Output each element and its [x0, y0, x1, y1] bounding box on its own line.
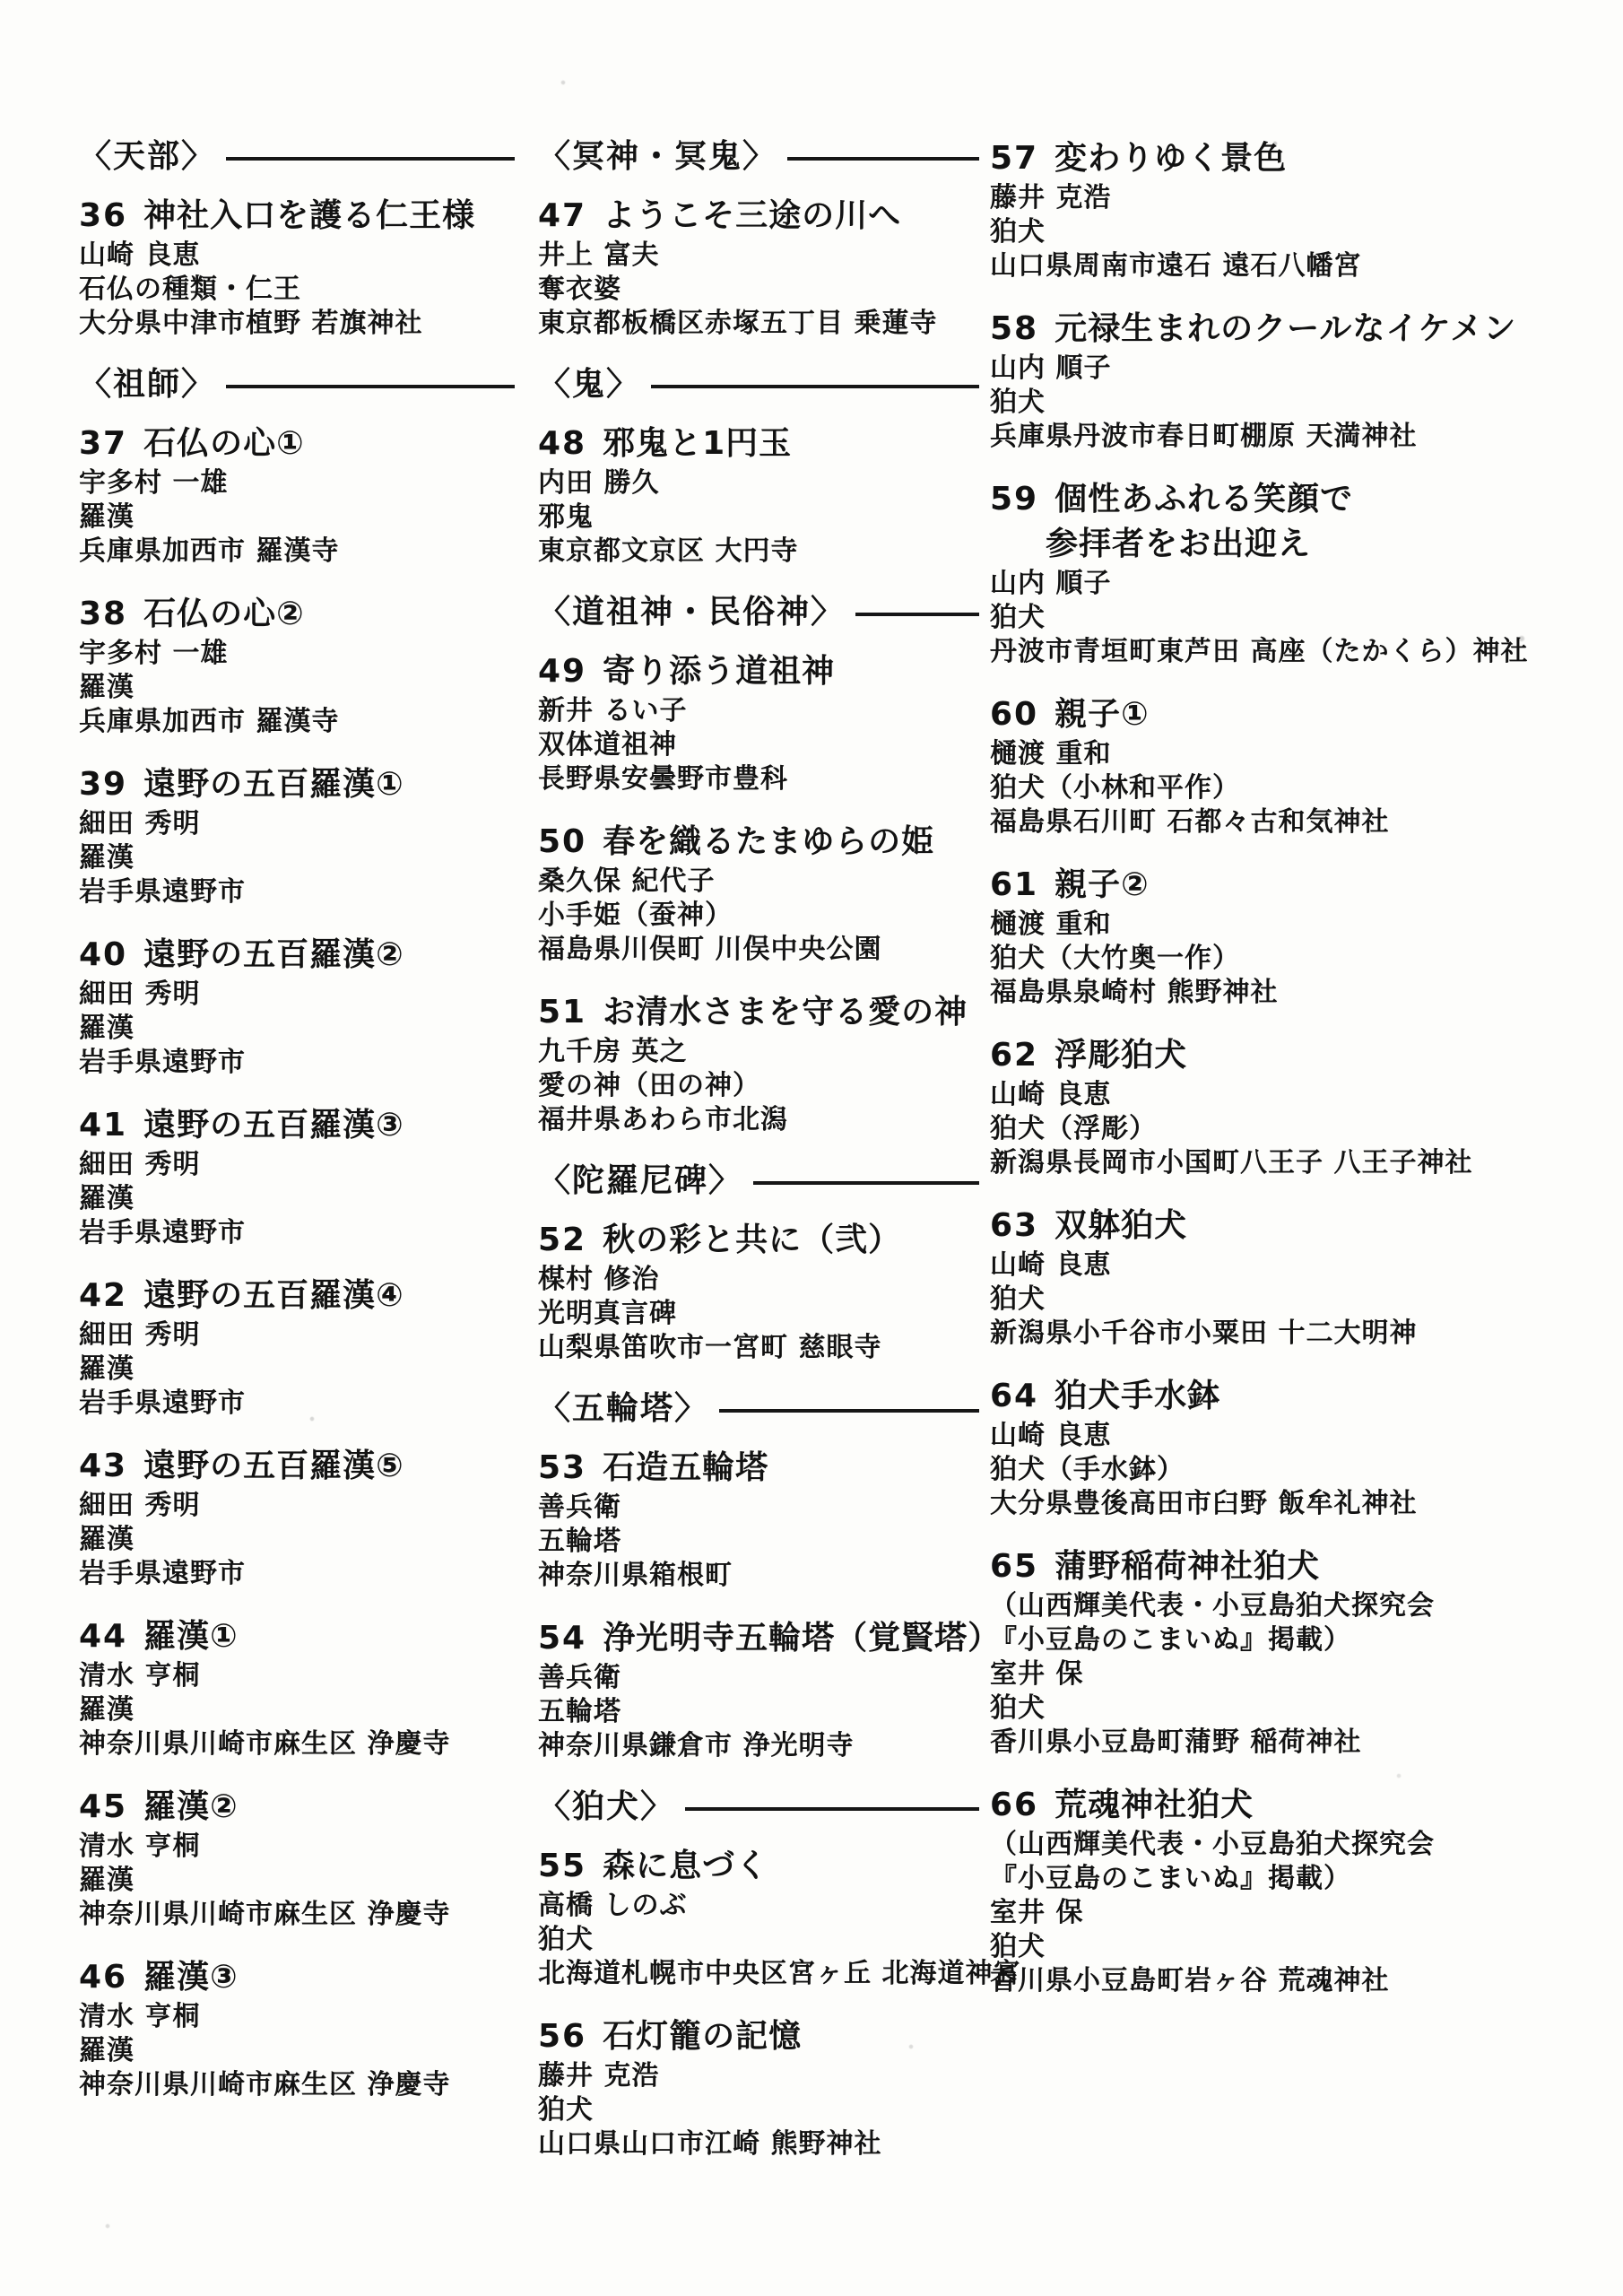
- entry-61: 61親子②樋渡 重和狛犬（大竹奥一作）福島県泉崎村 熊野神社: [990, 863, 1589, 1010]
- entry-number: 50: [538, 820, 586, 865]
- entry-number: 59: [990, 477, 1038, 522]
- entry-45: 45羅漢②清水 亨桐羅漢神奈川県川崎市麻生区 浄慶寺: [79, 1785, 515, 1932]
- entry-title-line: 45羅漢②: [79, 1785, 515, 1830]
- entry-53: 53石造五輪塔善兵衛五輪塔神奈川県箱根町: [538, 1446, 979, 1593]
- entry-title-line: 43遠野の五百羅漢⑤: [79, 1444, 515, 1489]
- entry-41: 41遠野の五百羅漢③細田 秀明羅漢岩手県遠野市: [79, 1103, 515, 1250]
- entry-author-line: 宇多村 一雄: [79, 637, 515, 671]
- entry-title-line: 61親子②: [990, 863, 1589, 908]
- entry-location-line: 山口県周南市遠石 遠石八幡宮: [990, 249, 1589, 283]
- entry-59: 59個性あふれる笑顔で参拝者をお出迎え山内 順子狛犬丹波市青垣町東芦田 高座（た…: [990, 477, 1589, 669]
- entry-title: 参拝者をお出迎え: [1046, 526, 1311, 562]
- entry-title-line: 59個性あふれる笑顔で: [990, 477, 1589, 522]
- entry-title: 蒲野稲荷神社狛犬: [1055, 1548, 1320, 1585]
- entry-39: 39遠野の五百羅漢①細田 秀明羅漢岩手県遠野市: [79, 762, 515, 909]
- entry-number: 51: [538, 990, 586, 1035]
- entry-author-line: 山崎 良恵: [990, 1078, 1589, 1112]
- entry-title-line: 58元禄生まれのクールなイケメン: [990, 307, 1589, 352]
- entry-author-line: 新井 るい子: [538, 694, 979, 728]
- entry-author-line: 高橋 しのぶ: [538, 1889, 979, 1923]
- entry-author-line: 山崎 良恵: [990, 1248, 1589, 1283]
- entry-subject-line: 光明真言碑: [538, 1297, 979, 1331]
- entry-title: 遠野の五百羅漢②: [143, 936, 404, 973]
- entry-number: 40: [79, 933, 127, 978]
- entry-location-line: 丹波市青垣町東芦田 高座（たかくら）神社: [990, 635, 1589, 669]
- entry-author-line: 楳村 修治: [538, 1263, 979, 1297]
- entry-title-line: 47ようこそ三途の川へ: [538, 194, 979, 239]
- entry-number: 66: [990, 1783, 1038, 1828]
- entry-title-line: 39遠野の五百羅漢①: [79, 762, 515, 807]
- entry-number: 53: [538, 1446, 586, 1491]
- entry-author-line: 清水 亨桐: [79, 1659, 515, 1693]
- entry-author-line: 善兵衛: [538, 1491, 979, 1525]
- entry-location-line: 神奈川県箱根町: [538, 1559, 979, 1593]
- entry-location-line: 兵庫県丹波市春日町棚原 天満神社: [990, 420, 1589, 454]
- entry-title-line: 66荒魂神社狛犬: [990, 1783, 1589, 1828]
- entry-author-line: 清水 亨桐: [79, 2000, 515, 2034]
- entry-number: 36: [79, 194, 127, 239]
- column-3: 57変わりゆく景色藤井 克浩狛犬山口県周南市遠石 遠石八幡宮58元禄生まれのクー…: [990, 0, 1589, 2022]
- section-rule-line: [651, 385, 979, 388]
- entry-location-line: 新潟県長岡市小国町八王子 八王子神社: [990, 1146, 1589, 1180]
- entry-title: 変わりゆく景色: [1055, 140, 1287, 177]
- entry-number: 46: [79, 1955, 127, 2000]
- entry-subject-line: 羅漢: [79, 1182, 515, 1216]
- entry-number: 49: [538, 649, 586, 694]
- entry-55: 55森に息づく高橋 しのぶ狛犬北海道札幌市中央区宮ヶ丘 北海道神宮: [538, 1844, 979, 1991]
- entry-location-line: 兵庫県加西市 羅漢寺: [79, 535, 515, 569]
- entry-number: 52: [538, 1218, 586, 1263]
- entry-author-line: 宇多村 一雄: [79, 466, 515, 500]
- entry-title-continuation: 参拝者をお出迎え: [990, 522, 1589, 567]
- entry-title-line: 49寄り添う道祖神: [538, 649, 979, 694]
- entry-54: 54浄光明寺五輪塔（覚賢塔）善兵衛五輪塔神奈川県鎌倉市 浄光明寺: [538, 1616, 979, 1763]
- entry-subject-line: 狛犬: [990, 1692, 1589, 1726]
- entry-51: 51お清水さまを守る愛の神九千房 英之愛の神（田の神）福井県あわら市北潟: [538, 990, 979, 1137]
- entry-title-line: 62浮彫狛犬: [990, 1033, 1589, 1078]
- entry-50: 50春を織るたまゆらの姫桑久保 紀代子小手姫（蚕神）福島県川俣町 川俣中央公園: [538, 820, 979, 967]
- entry-location-line: 岩手県遠野市: [79, 1046, 515, 1080]
- entry-title-line: 40遠野の五百羅漢②: [79, 933, 515, 978]
- entry-author-line: 室井 保: [990, 1657, 1589, 1692]
- entry-36: 36神社入口を護る仁王様山崎 良恵石仏の種類・仁王大分県中津市植野 若旗神社: [79, 194, 515, 341]
- entry-location-line: 山梨県笛吹市一宮町 慈眼寺: [538, 1331, 979, 1365]
- entry-title-line: 55森に息づく: [538, 1844, 979, 1889]
- entry-subject-line: 五輪塔: [538, 1695, 979, 1729]
- entry-title: 神社入口を護る仁王様: [143, 197, 475, 234]
- entry-title-line: 54浄光明寺五輪塔（覚賢塔）: [538, 1616, 979, 1661]
- section-header: 〈天部〉: [79, 136, 515, 178]
- entry-title: 邪鬼と1円玉: [603, 425, 792, 462]
- entry-title: 親子①: [1055, 696, 1149, 733]
- entry-title-line: 46羅漢③: [79, 1955, 515, 2000]
- entry-location-line: 岩手県遠野市: [79, 875, 515, 909]
- entry-subject-line: 狛犬: [538, 2093, 979, 2127]
- entry-author-line: 九千房 英之: [538, 1035, 979, 1069]
- entry-credit-line: （山西輝美代表・小豆島狛犬探究会: [990, 1589, 1589, 1623]
- entry-title-line: 50春を織るたまゆらの姫: [538, 820, 979, 865]
- entry-title-line: 41遠野の五百羅漢③: [79, 1103, 515, 1148]
- section-header: 〈道祖神・民俗神〉: [538, 592, 979, 633]
- entry-57: 57変わりゆく景色藤井 克浩狛犬山口県周南市遠石 遠石八幡宮: [990, 136, 1589, 283]
- column-1: 〈天部〉36神社入口を護る仁王様山崎 良恵石仏の種類・仁王大分県中津市植野 若旗…: [79, 0, 515, 2126]
- entry-location-line: 香川県小豆島町岩ヶ谷 荒魂神社: [990, 1964, 1589, 1998]
- entry-42: 42遠野の五百羅漢④細田 秀明羅漢岩手県遠野市: [79, 1274, 515, 1421]
- entry-subject-line: 狛犬（浮彫）: [990, 1112, 1589, 1146]
- entry-title-line: 52秋の彩と共に（弐）: [538, 1218, 979, 1263]
- entry-title: 狛犬手水鉢: [1055, 1378, 1220, 1414]
- entry-title: 遠野の五百羅漢③: [143, 1107, 404, 1144]
- entry-title: 石仏の心①: [143, 425, 304, 462]
- entry-location-line: 山口県山口市江崎 熊野神社: [538, 2127, 979, 2161]
- entry-author-line: 山崎 良恵: [79, 239, 515, 273]
- entry-subject-line: 羅漢: [79, 1693, 515, 1727]
- section-header: 〈冥神・冥鬼〉: [538, 136, 979, 178]
- entry-40: 40遠野の五百羅漢②細田 秀明羅漢岩手県遠野市: [79, 933, 515, 1080]
- entry-number: 38: [79, 592, 127, 637]
- entry-title-line: 63双躰狛犬: [990, 1204, 1589, 1248]
- entry-subject-line: 狛犬（小林和平作）: [990, 771, 1589, 805]
- entry-author-line: 藤井 克浩: [990, 181, 1589, 215]
- entry-number: 64: [990, 1374, 1038, 1419]
- entry-subject-line: 愛の神（田の神）: [538, 1069, 979, 1103]
- entry-number: 60: [990, 692, 1038, 737]
- entry-title: 秋の彩と共に（弐）: [603, 1222, 901, 1258]
- entry-number: 55: [538, 1844, 586, 1889]
- entry-location-line: 福井県あわら市北潟: [538, 1103, 979, 1137]
- section-title: 〈天部〉: [79, 136, 215, 178]
- entry-title-line: 65蒲野稲荷神社狛犬: [990, 1544, 1589, 1589]
- entry-title: 羅漢③: [143, 1959, 238, 1996]
- entry-subject-line: 狛犬: [990, 1283, 1589, 1317]
- entry-title: 個性あふれる笑顔で: [1055, 481, 1353, 517]
- entry-title: 森に息づく: [603, 1848, 768, 1884]
- section-rule-line: [855, 613, 979, 616]
- entry-number: 43: [79, 1444, 127, 1489]
- entry-subject-line: 石仏の種類・仁王: [79, 273, 515, 307]
- entry-location-line: 東京都文京区 大円寺: [538, 535, 979, 569]
- entry-author-line: 桑久保 紀代子: [538, 865, 979, 899]
- entry-number: 42: [79, 1274, 127, 1318]
- section-rule-line: [226, 385, 515, 388]
- entry-title-line: 38石仏の心②: [79, 592, 515, 637]
- entry-47: 47ようこそ三途の川へ井上 富夫奪衣婆東京都板橋区赤塚五丁目 乗蓮寺: [538, 194, 979, 341]
- entry-subject-line: 五輪塔: [538, 1525, 979, 1559]
- entry-title: 元禄生まれのクールなイケメン: [1055, 310, 1516, 347]
- entry-location-line: 岩手県遠野市: [79, 1216, 515, 1250]
- entry-location-line: 福島県川俣町 川俣中央公園: [538, 933, 979, 967]
- scanned-page: 〈天部〉36神社入口を護る仁王様山崎 良恵石仏の種類・仁王大分県中津市植野 若旗…: [0, 0, 1623, 2296]
- entry-title-line: 42遠野の五百羅漢④: [79, 1274, 515, 1318]
- entry-title-line: 44羅漢①: [79, 1614, 515, 1659]
- section-title: 〈鬼〉: [538, 364, 640, 405]
- entry-location-line: 神奈川県川崎市麻生区 浄慶寺: [79, 2068, 515, 2102]
- entry-location-line: 北海道札幌市中央区宮ヶ丘 北海道神宮: [538, 1957, 979, 1991]
- entry-title: 浄光明寺五輪塔（覚賢塔）: [603, 1620, 1001, 1657]
- entry-author-line: 山崎 良恵: [990, 1419, 1589, 1453]
- entry-title: 石灯籠の記憶: [603, 2018, 802, 2055]
- entry-location-line: 神奈川県川崎市麻生区 浄慶寺: [79, 1727, 515, 1761]
- entry-38: 38石仏の心②宇多村 一雄羅漢兵庫県加西市 羅漢寺: [79, 592, 515, 739]
- entry-title-line: 51お清水さまを守る愛の神: [538, 990, 979, 1035]
- entry-43: 43遠野の五百羅漢⑤細田 秀明羅漢岩手県遠野市: [79, 1444, 515, 1591]
- entry-number: 63: [990, 1204, 1038, 1248]
- entry-author-line: 細田 秀明: [79, 807, 515, 841]
- entry-number: 47: [538, 194, 586, 239]
- entry-60: 60親子①樋渡 重和狛犬（小林和平作）福島県石川町 石都々古和気神社: [990, 692, 1589, 839]
- entry-subject-line: 狛犬: [990, 386, 1589, 420]
- entry-subject-line: 奪衣婆: [538, 273, 979, 307]
- entry-author-line: 清水 亨桐: [79, 1830, 515, 1864]
- entry-author-line: 室井 保: [990, 1896, 1589, 1930]
- entry-title: お清水さまを守る愛の神: [603, 994, 968, 1031]
- entry-author-line: 善兵衛: [538, 1661, 979, 1695]
- entry-number: 57: [990, 136, 1038, 181]
- entry-title-line: 64狛犬手水鉢: [990, 1374, 1589, 1419]
- entry-title: 双躰狛犬: [1055, 1207, 1187, 1244]
- entry-subject-line: 邪鬼: [538, 500, 979, 535]
- entry-location-line: 東京都板橋区赤塚五丁目 乗蓮寺: [538, 307, 979, 341]
- section-title: 〈祖師〉: [79, 364, 215, 405]
- entry-subject-line: 羅漢: [79, 1523, 515, 1557]
- entry-title-line: 48邪鬼と1円玉: [538, 422, 979, 466]
- entry-number: 54: [538, 1616, 586, 1661]
- entry-number: 56: [538, 2014, 586, 2059]
- section-title: 〈陀羅尼碑〉: [538, 1161, 742, 1202]
- entry-subject-line: 羅漢: [79, 2034, 515, 2068]
- entry-author-line: 細田 秀明: [79, 1318, 515, 1352]
- entry-title: 遠野の五百羅漢①: [143, 766, 404, 803]
- entry-subject-line: 羅漢: [79, 671, 515, 705]
- entry-title: 寄り添う道祖神: [603, 653, 835, 690]
- section-header: 〈五輪塔〉: [538, 1388, 979, 1430]
- entry-subject-line: 羅漢: [79, 1012, 515, 1046]
- entry-author-line: 細田 秀明: [79, 978, 515, 1012]
- entry-credit-line: 『小豆島のこまいぬ』掲載）: [990, 1623, 1589, 1657]
- entry-subject-line: 狛犬: [990, 1930, 1589, 1964]
- entry-credit-line: 『小豆島のこまいぬ』掲載）: [990, 1862, 1589, 1896]
- entry-title-line: 36神社入口を護る仁王様: [79, 194, 515, 239]
- entry-subject-line: 双体道祖神: [538, 728, 979, 762]
- entry-title: ようこそ三途の川へ: [603, 197, 901, 234]
- entry-number: 45: [79, 1785, 127, 1830]
- entry-title-line: 53石造五輪塔: [538, 1446, 979, 1491]
- entry-number: 37: [79, 422, 127, 466]
- entry-author-line: 樋渡 重和: [990, 737, 1589, 771]
- section-rule-line: [753, 1181, 979, 1185]
- entry-title: 遠野の五百羅漢④: [143, 1277, 404, 1314]
- entry-49: 49寄り添う道祖神新井 るい子双体道祖神長野県安曇野市豊科: [538, 649, 979, 796]
- entry-63: 63双躰狛犬山崎 良恵狛犬新潟県小千谷市小粟田 十二大明神: [990, 1204, 1589, 1351]
- entry-46: 46羅漢③清水 亨桐羅漢神奈川県川崎市麻生区 浄慶寺: [79, 1955, 515, 2102]
- entry-title: 荒魂神社狛犬: [1055, 1787, 1254, 1823]
- entry-number: 62: [990, 1033, 1038, 1078]
- entry-number: 58: [990, 307, 1038, 352]
- section-rule-line: [787, 157, 979, 161]
- entry-56: 56石灯籠の記憶藤井 克浩狛犬山口県山口市江崎 熊野神社: [538, 2014, 979, 2161]
- entry-66: 66荒魂神社狛犬（山西輝美代表・小豆島狛犬探究会『小豆島のこまいぬ』掲載）室井 …: [990, 1783, 1589, 1998]
- entry-location-line: 新潟県小千谷市小粟田 十二大明神: [990, 1317, 1589, 1351]
- entry-location-line: 長野県安曇野市豊科: [538, 762, 979, 796]
- entry-64: 64狛犬手水鉢山崎 良恵狛犬（手水鉢）大分県豊後高田市臼野 飯牟礼神社: [990, 1374, 1589, 1521]
- entry-48: 48邪鬼と1円玉内田 勝久邪鬼東京都文京区 大円寺: [538, 422, 979, 569]
- section-title: 〈道祖神・民俗神〉: [538, 592, 845, 633]
- entry-author-line: 山内 順子: [990, 352, 1589, 386]
- entry-author-line: 樋渡 重和: [990, 908, 1589, 942]
- section-rule-line: [226, 157, 515, 161]
- entry-subject-line: 狛犬: [990, 601, 1589, 635]
- entry-title-line: 56石灯籠の記憶: [538, 2014, 979, 2059]
- entry-title-line: 37石仏の心①: [79, 422, 515, 466]
- entry-subject-line: 狛犬: [538, 1923, 979, 1957]
- entry-title-line: 57変わりゆく景色: [990, 136, 1589, 181]
- entry-author-line: 細田 秀明: [79, 1148, 515, 1182]
- entry-author-line: 内田 勝久: [538, 466, 979, 500]
- entry-credit-line: （山西輝美代表・小豆島狛犬探究会: [990, 1828, 1589, 1862]
- entry-author-line: 細田 秀明: [79, 1489, 515, 1523]
- section-title: 〈冥神・冥鬼〉: [538, 136, 777, 178]
- entry-subject-line: 羅漢: [79, 500, 515, 535]
- entry-52: 52秋の彩と共に（弐）楳村 修治光明真言碑山梨県笛吹市一宮町 慈眼寺: [538, 1218, 979, 1365]
- entry-author-line: 山内 順子: [990, 567, 1589, 601]
- entry-title: 親子②: [1055, 866, 1149, 903]
- entry-location-line: 福島県石川町 石都々古和気神社: [990, 805, 1589, 839]
- entry-subject-line: 狛犬: [990, 215, 1589, 249]
- entry-title: 羅漢①: [143, 1618, 238, 1655]
- entry-location-line: 岩手県遠野市: [79, 1557, 515, 1591]
- entry-65: 65蒲野稲荷神社狛犬（山西輝美代表・小豆島狛犬探究会『小豆島のこまいぬ』掲載）室…: [990, 1544, 1589, 1760]
- entry-title: 羅漢②: [143, 1788, 238, 1825]
- entry-location-line: 岩手県遠野市: [79, 1387, 515, 1421]
- entry-author-line: 井上 富夫: [538, 239, 979, 273]
- entry-subject-line: 小手姫（蚕神）: [538, 899, 979, 933]
- section-title: 〈五輪塔〉: [538, 1388, 708, 1430]
- section-title: 〈狛犬〉: [538, 1787, 674, 1828]
- entry-subject-line: 狛犬（手水鉢）: [990, 1453, 1589, 1487]
- entry-location-line: 大分県中津市植野 若旗神社: [79, 307, 515, 341]
- entry-location-line: 香川県小豆島町蒲野 稲荷神社: [990, 1726, 1589, 1760]
- entry-subject-line: 狛犬（大竹奥一作）: [990, 942, 1589, 976]
- section-header: 〈鬼〉: [538, 364, 979, 405]
- entry-author-line: 藤井 克浩: [538, 2059, 979, 2093]
- entry-number: 65: [990, 1544, 1038, 1589]
- entry-title: 石仏の心②: [143, 596, 304, 632]
- entry-number: 48: [538, 422, 586, 466]
- entry-location-line: 兵庫県加西市 羅漢寺: [79, 705, 515, 739]
- section-rule-line: [719, 1409, 979, 1413]
- entry-number: 61: [990, 863, 1038, 908]
- section-header: 〈狛犬〉: [538, 1787, 979, 1828]
- entry-location-line: 大分県豊後高田市臼野 飯牟礼神社: [990, 1487, 1589, 1521]
- entry-title: 浮彫狛犬: [1055, 1037, 1187, 1074]
- section-header: 〈祖師〉: [79, 364, 515, 405]
- entry-number: 44: [79, 1614, 127, 1659]
- entry-subject-line: 羅漢: [79, 841, 515, 875]
- entry-subject-line: 羅漢: [79, 1864, 515, 1898]
- section-header: 〈陀羅尼碑〉: [538, 1161, 979, 1202]
- column-2: 〈冥神・冥鬼〉47ようこそ三途の川へ井上 富夫奪衣婆東京都板橋区赤塚五丁目 乗蓮…: [538, 0, 979, 2185]
- entry-number: 39: [79, 762, 127, 807]
- entry-subject-line: 羅漢: [79, 1352, 515, 1387]
- entry-62: 62浮彫狛犬山崎 良恵狛犬（浮彫）新潟県長岡市小国町八王子 八王子神社: [990, 1033, 1589, 1180]
- entry-44: 44羅漢①清水 亨桐羅漢神奈川県川崎市麻生区 浄慶寺: [79, 1614, 515, 1761]
- entry-title: 遠野の五百羅漢⑤: [143, 1448, 404, 1484]
- entry-location-line: 神奈川県鎌倉市 浄光明寺: [538, 1729, 979, 1763]
- entry-location-line: 福島県泉崎村 熊野神社: [990, 976, 1589, 1010]
- entry-title: 春を織るたまゆらの姫: [603, 823, 934, 860]
- section-rule-line: [685, 1807, 979, 1811]
- entry-title-line: 60親子①: [990, 692, 1589, 737]
- entry-location-line: 神奈川県川崎市麻生区 浄慶寺: [79, 1898, 515, 1932]
- entry-37: 37石仏の心①宇多村 一雄羅漢兵庫県加西市 羅漢寺: [79, 422, 515, 569]
- entry-58: 58元禄生まれのクールなイケメン山内 順子狛犬兵庫県丹波市春日町棚原 天満神社: [990, 307, 1589, 454]
- entry-number: 41: [79, 1103, 127, 1148]
- entry-title: 石造五輪塔: [603, 1449, 768, 1486]
